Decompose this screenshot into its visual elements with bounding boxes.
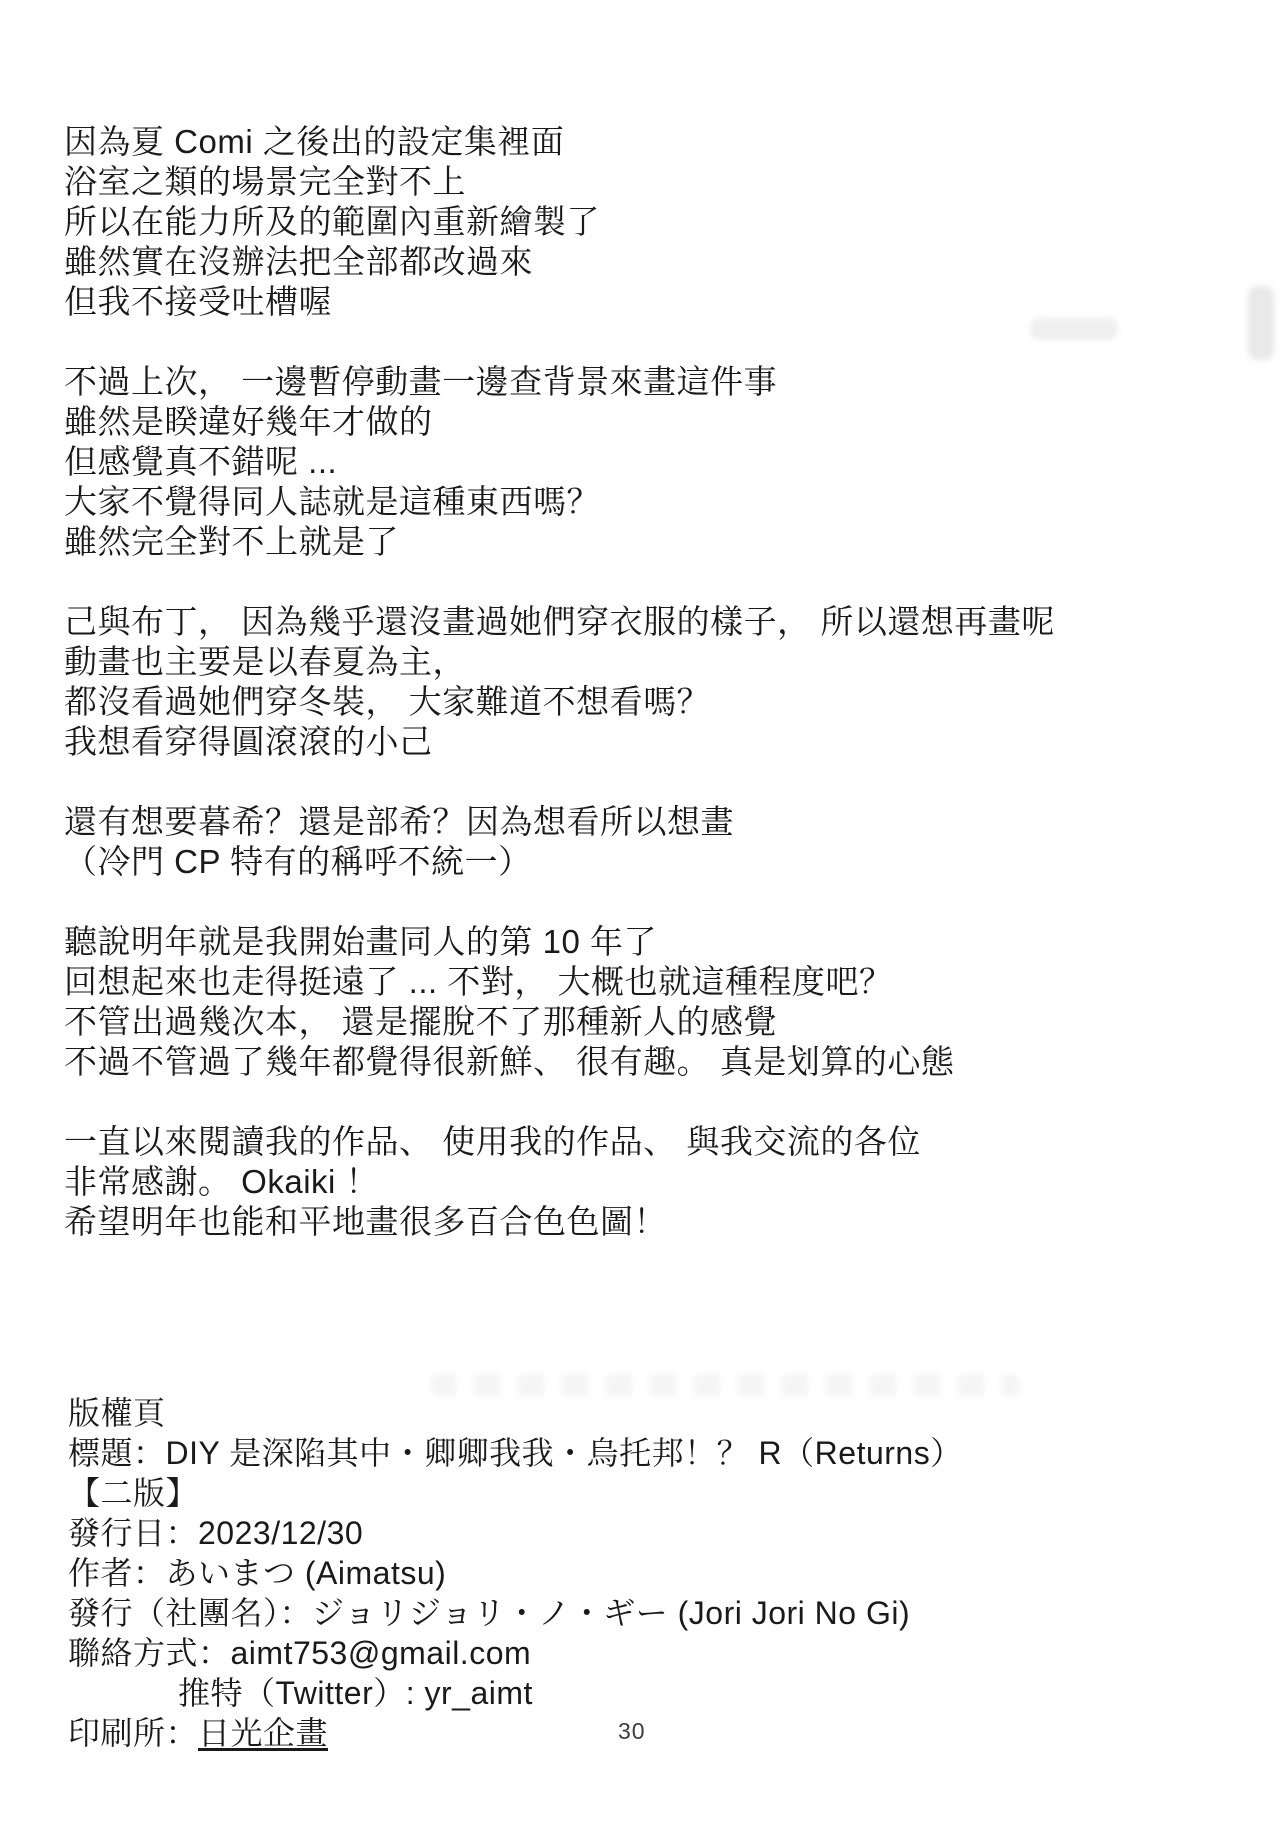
afterword-paragraph: 一直以來閱讀我的作品、 使用我的作品、 與我交流的各位 非常感謝。 Okaiki… bbox=[64, 1122, 1256, 1242]
afterword-line: 都沒看過她們穿冬裝， 大家難道不想看嗎？ bbox=[64, 682, 1256, 722]
afterword-line: 所以在能力所及的範圍內重新繪製了 bbox=[64, 202, 1256, 242]
afterword-line: 但感覺真不錯呢 ... bbox=[64, 442, 1256, 482]
afterword-paragraph: 聽說明年就是我開始畫同人的第 10 年了 回想起來也走得挺遠了 ... 不對， … bbox=[64, 922, 1256, 1082]
page-number: 30 bbox=[618, 1718, 646, 1744]
afterword-line: 一直以來閱讀我的作品、 使用我的作品、 與我交流的各位 bbox=[64, 1122, 1256, 1162]
afterword-text-block: 因為夏 Comi 之後出的設定集裡面 浴室之類的場景完全對不上 所以在能力所及的… bbox=[64, 122, 1256, 1282]
afterword-line: （冷門 CP 特有的稱呼不統一） bbox=[64, 842, 1256, 882]
scanned-afterword-page: 因為夏 Comi 之後出的設定集裡面 浴室之類的場景完全對不上 所以在能力所及的… bbox=[0, 0, 1280, 1821]
afterword-line: 因為夏 Comi 之後出的設定集裡面 bbox=[64, 122, 1256, 162]
colophon-heading: 版權頁 bbox=[68, 1393, 1256, 1433]
afterword-line: 動畫也主要是以春夏為主， bbox=[64, 642, 1256, 682]
afterword-line: 回想起來也走得挺遠了 ... 不對， 大概也就這種程度吧？ bbox=[64, 962, 1256, 1002]
colophon-printer-label: 印刷所： bbox=[68, 1715, 198, 1751]
colophon-twitter-handle: 推特（Twitter）: yr_aimt bbox=[178, 1673, 1256, 1713]
colophon-title: 標題：DIY 是深陷其中・卿卿我我・烏托邦！？ R（Returns） bbox=[68, 1433, 1256, 1473]
colophon-edition: 【二版】 bbox=[68, 1473, 1256, 1513]
afterword-line: 但我不接受吐槽喔 bbox=[64, 282, 1256, 322]
colophon-publish-date: 發行日：2023/12/30 bbox=[68, 1513, 1256, 1553]
colophon-printer: 印刷所：日光企畫 bbox=[68, 1713, 1256, 1753]
afterword-paragraph: 己與布丁， 因為幾乎還沒畫過她們穿衣服的樣子， 所以還想再畫呢 動畫也主要是以春… bbox=[64, 602, 1256, 762]
afterword-line: 希望明年也能和平地畫很多百合色色圖！ bbox=[64, 1202, 1256, 1242]
afterword-line: 己與布丁， 因為幾乎還沒畫過她們穿衣服的樣子， 所以還想再畫呢 bbox=[64, 602, 1256, 642]
afterword-paragraph: 因為夏 Comi 之後出的設定集裡面 浴室之類的場景完全對不上 所以在能力所及的… bbox=[64, 122, 1256, 322]
afterword-paragraph: 還有想要暮希？還是部希？因為想看所以想畫 （冷門 CP 特有的稱呼不統一） bbox=[64, 802, 1256, 882]
afterword-line: 不過上次， 一邊暫停動畫一邊查背景來畫這件事 bbox=[64, 362, 1256, 402]
colophon-circle: 發行（社團名）：ジョリジョリ・ノ・ギー (Jori Jori No Gi) bbox=[68, 1593, 1256, 1633]
afterword-line: 雖然實在沒辦法把全部都改過來 bbox=[64, 242, 1256, 282]
afterword-line: 非常感謝。 Okaiki ！ bbox=[64, 1162, 1256, 1202]
afterword-line: 還有想要暮希？還是部希？因為想看所以想畫 bbox=[64, 802, 1256, 842]
colophon-printer-name: 日光企畫 bbox=[198, 1715, 328, 1751]
afterword-line: 雖然完全對不上就是了 bbox=[64, 522, 1256, 562]
afterword-paragraph: 不過上次， 一邊暫停動畫一邊查背景來畫這件事 雖然是睽違好幾年才做的 但感覺真不… bbox=[64, 362, 1256, 562]
afterword-line: 大家不覺得同人誌就是這種東西嗎？ bbox=[64, 482, 1256, 522]
afterword-line: 不管出過幾次本， 還是擺脫不了那種新人的感覺 bbox=[64, 1002, 1256, 1042]
afterword-line: 雖然是睽違好幾年才做的 bbox=[64, 402, 1256, 442]
afterword-line: 不過不管過了幾年都覺得很新鮮、 很有趣。 真是划算的心態 bbox=[64, 1042, 1256, 1082]
colophon-block: 版權頁 標題：DIY 是深陷其中・卿卿我我・烏托邦！？ R（Returns） 【… bbox=[68, 1393, 1256, 1753]
afterword-line: 浴室之類的場景完全對不上 bbox=[64, 162, 1256, 202]
afterword-line: 聽說明年就是我開始畫同人的第 10 年了 bbox=[64, 922, 1256, 962]
afterword-line: 我想看穿得圓滾滾的小己 bbox=[64, 722, 1256, 762]
colophon-contact-email: 聯絡方式：aimt753@gmail.com bbox=[68, 1633, 1256, 1673]
colophon-author: 作者：あいまつ (Aimatsu) bbox=[68, 1553, 1256, 1593]
